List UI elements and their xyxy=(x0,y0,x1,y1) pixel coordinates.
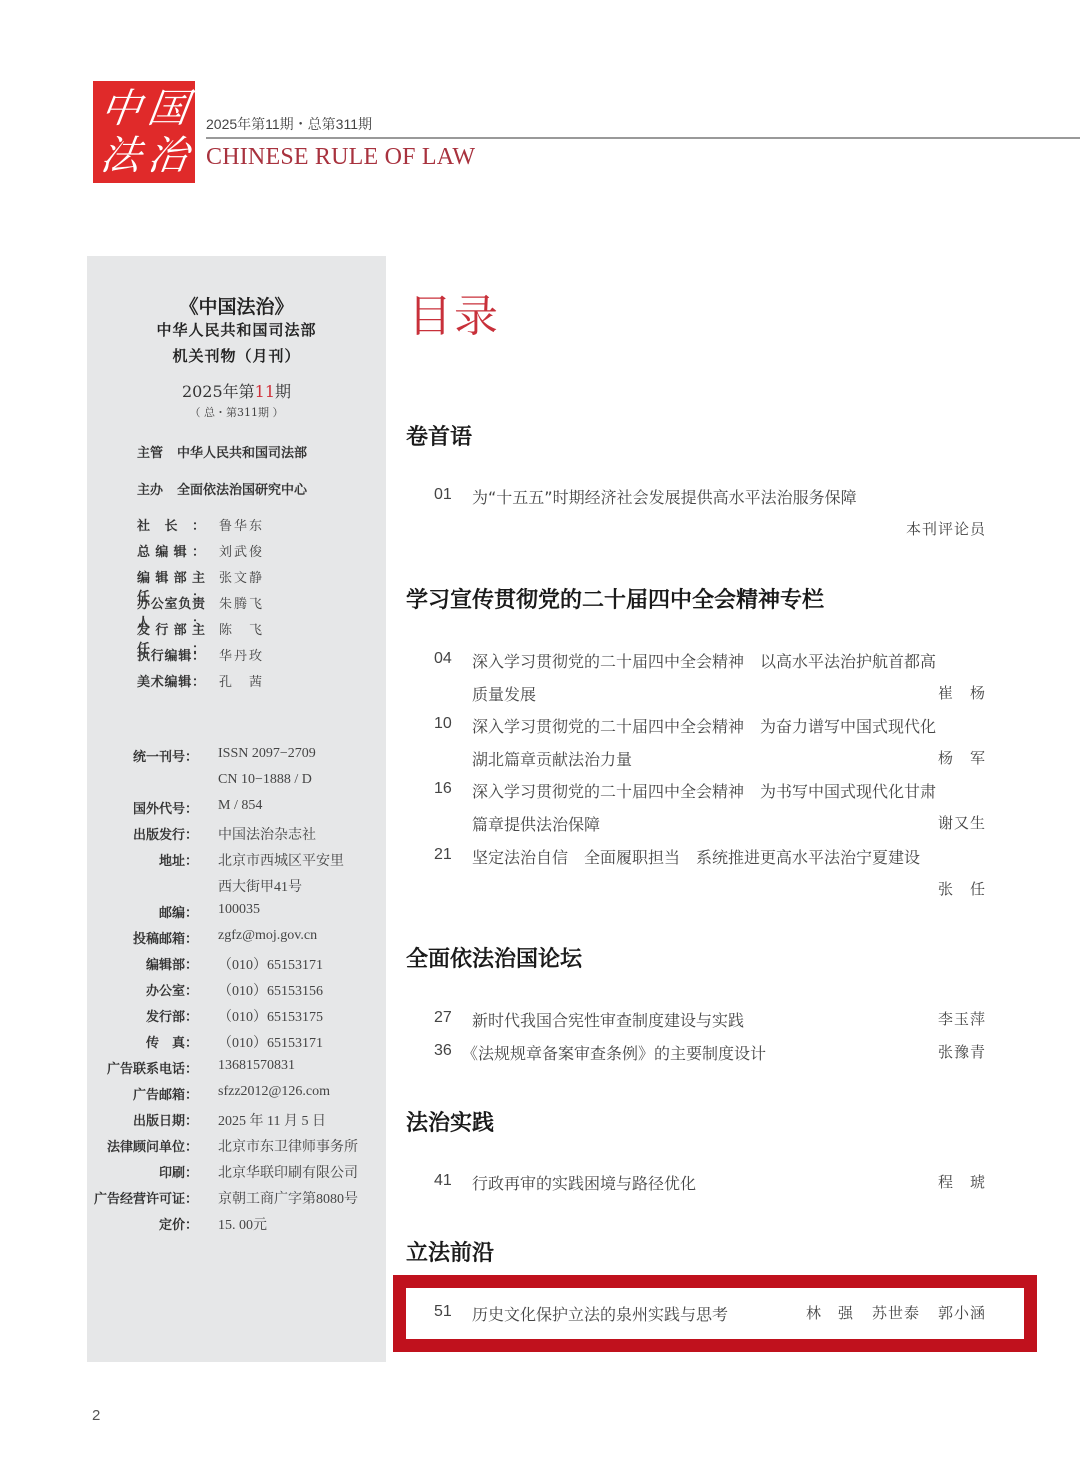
supervisor-row: 主管中华人民共和国司法部 xyxy=(137,442,307,461)
entry-title-continued[interactable]: 质量发展 xyxy=(472,682,536,705)
entry-page-number: 21 xyxy=(434,846,452,864)
info-row: 国外代号：M / 854 xyxy=(87,798,386,824)
brand-english-title: CHINESE RULE OF LAW xyxy=(206,144,475,171)
header-divider xyxy=(206,137,1080,139)
info-row: 定价：15. 00元 xyxy=(87,1214,386,1240)
masthead-sidebar: 《中国法治》 中华人民共和国司法部 机关刊物（月刊） 2025年第11期 （ 总… xyxy=(87,256,386,1362)
entry-title[interactable]: 历史文化保护立法的泉州实践与思考 xyxy=(472,1302,728,1325)
masthead-subtitle: 机关刊物（月刊） xyxy=(87,345,386,366)
issue-prefix: 2025年第 xyxy=(182,382,255,401)
issue-suffix: 期 xyxy=(275,382,291,401)
toc-title: 目录 xyxy=(408,280,500,344)
entry-title[interactable]: 新时代我国合宪性审查制度建设与实践 xyxy=(472,1008,744,1031)
info-row: 统一刊号：ISSN 2097−2709 xyxy=(87,746,386,772)
info-row: 法律顾问单位：北京市东卫律师事务所 xyxy=(87,1136,386,1162)
page-number: 2 xyxy=(92,1407,100,1424)
logo-char: 国 xyxy=(145,89,191,129)
section-heading: 全面依法治国论坛 xyxy=(406,942,582,973)
entry-author: 张 任 xyxy=(938,878,986,899)
entry-page-number: 51 xyxy=(434,1303,452,1321)
section-heading: 立法前沿 xyxy=(406,1236,494,1267)
entry-title[interactable]: 行政再审的实践困境与路径优化 xyxy=(472,1171,696,1194)
entry-author: 杨 军 xyxy=(938,747,986,768)
entry-title-continued[interactable]: 篇章提供法治保障 xyxy=(472,812,600,835)
staff-row: 办公室负责人：朱腾飞 xyxy=(137,593,264,619)
sponsor-row: 主办全面依法治国研究中心 xyxy=(137,479,307,498)
entry-author: 林 强 xyxy=(806,1304,854,1322)
entry-title[interactable]: 坚定法治自信 全面履职担当 系统推进更高水平法治宁夏建设 xyxy=(472,845,920,868)
entry-author: 郭小涵 xyxy=(938,1304,986,1322)
info-row: 办公室：（010）65153156 xyxy=(87,980,386,1006)
info-row: 邮编：100035 xyxy=(87,902,386,928)
entry-author: 崔 杨 xyxy=(938,682,986,703)
staff-row: 编辑部主任：张文静 xyxy=(137,567,264,593)
supervisor-label: 主管 xyxy=(137,446,163,461)
logo-char: 治 xyxy=(145,136,191,176)
info-row: 广告邮箱：sfzz2012@126.com xyxy=(87,1084,386,1110)
masthead-issue-total: （ 总・第311期 ） xyxy=(87,404,386,420)
entry-title[interactable]: 为“十五五”时期经济社会发展提供高水平法治服务保障 xyxy=(472,485,857,508)
info-row: 出版日期：2025 年 11 月 5 日 xyxy=(87,1110,386,1136)
info-row: 西大街甲41号 xyxy=(87,876,386,902)
info-row: 印刷：北京华联印刷有限公司 xyxy=(87,1162,386,1188)
entry-page-number: 10 xyxy=(434,715,452,733)
info-row: 传 真：（010）65153171 xyxy=(87,1032,386,1058)
section-heading: 卷首语 xyxy=(406,420,472,451)
info-row: 编辑部：（010）65153171 xyxy=(87,954,386,980)
entry-author: 程 琥 xyxy=(938,1171,986,1192)
entry-page-number: 04 xyxy=(434,650,452,668)
info-row: 地址：北京市西城区平安里 xyxy=(87,850,386,876)
masthead-title: 《中国法治》 xyxy=(87,292,386,319)
entry-author: 苏世泰 xyxy=(872,1304,920,1322)
entry-title[interactable]: 深入学习贯彻党的二十届四中全会精神 以高水平法治护航首都高 xyxy=(472,649,936,672)
entry-title[interactable]: 《法规规章备案审查条例》的主要制度设计 xyxy=(462,1041,766,1064)
entry-title[interactable]: 深入学习贯彻党的二十届四中全会精神 为奋力谱写中国式现代化 xyxy=(472,714,936,737)
section-heading: 学习宣传贯彻党的二十届四中全会精神专栏 xyxy=(406,583,824,614)
info-row: 广告经营许可证：京朝工商广字第8080号 xyxy=(87,1188,386,1214)
entry-title-continued[interactable]: 湖北篇章贡献法治力量 xyxy=(472,747,632,770)
issue-line: 2025年第11期・总第311期 xyxy=(206,114,372,134)
masthead-subtitle: 中华人民共和国司法部 xyxy=(87,319,386,340)
info-row: 发行部：（010）65153175 xyxy=(87,1006,386,1032)
staff-row: 执行编辑：华丹玫 xyxy=(137,645,264,671)
staff-row: 社长：鲁华东 xyxy=(137,515,264,541)
supervisor-value: 中华人民共和国司法部 xyxy=(177,446,307,461)
logo-char: 法 xyxy=(98,136,144,176)
magazine-logo: 中 国 法 治 xyxy=(93,81,195,183)
staff-row: 发行部主任：陈 飞 xyxy=(137,619,264,645)
issue-number: 11 xyxy=(255,382,275,401)
entry-author: 李玉萍 xyxy=(938,1008,986,1029)
entry-title[interactable]: 深入学习贯彻党的二十届四中全会精神 为书写中国式现代化甘肃 xyxy=(472,779,936,802)
entry-authors: 林 强苏世泰郭小涵 xyxy=(806,1302,986,1323)
entry-page-number: 27 xyxy=(434,1009,452,1027)
logo-char: 中 xyxy=(98,89,144,129)
entry-author: 谢又生 xyxy=(938,812,986,833)
entry-page-number: 41 xyxy=(434,1172,452,1190)
staff-row: 美术编辑：孔 茜 xyxy=(137,671,264,697)
entry-page-number: 01 xyxy=(434,486,452,504)
info-row: 出版发行：中国法治杂志社 xyxy=(87,824,386,850)
entry-author: 本刊评论员 xyxy=(906,518,986,539)
entry-page-number: 16 xyxy=(434,780,452,798)
staff-row: 总编辑：刘武俊 xyxy=(137,541,264,567)
entry-page-number: 36 xyxy=(434,1042,452,1060)
info-row: 投稿邮箱：zgfz@moj.gov.cn xyxy=(87,928,386,954)
entry-author: 张豫青 xyxy=(938,1041,986,1062)
masthead-issue: 2025年第11期 xyxy=(87,379,386,402)
info-row: 广告联系电话：13681570831 xyxy=(87,1058,386,1084)
info-row: CN 10−1888 / D xyxy=(87,772,386,798)
sponsor-label: 主办 xyxy=(137,483,163,498)
sponsor-value: 全面依法治国研究中心 xyxy=(177,483,307,498)
section-heading: 法治实践 xyxy=(406,1106,494,1137)
